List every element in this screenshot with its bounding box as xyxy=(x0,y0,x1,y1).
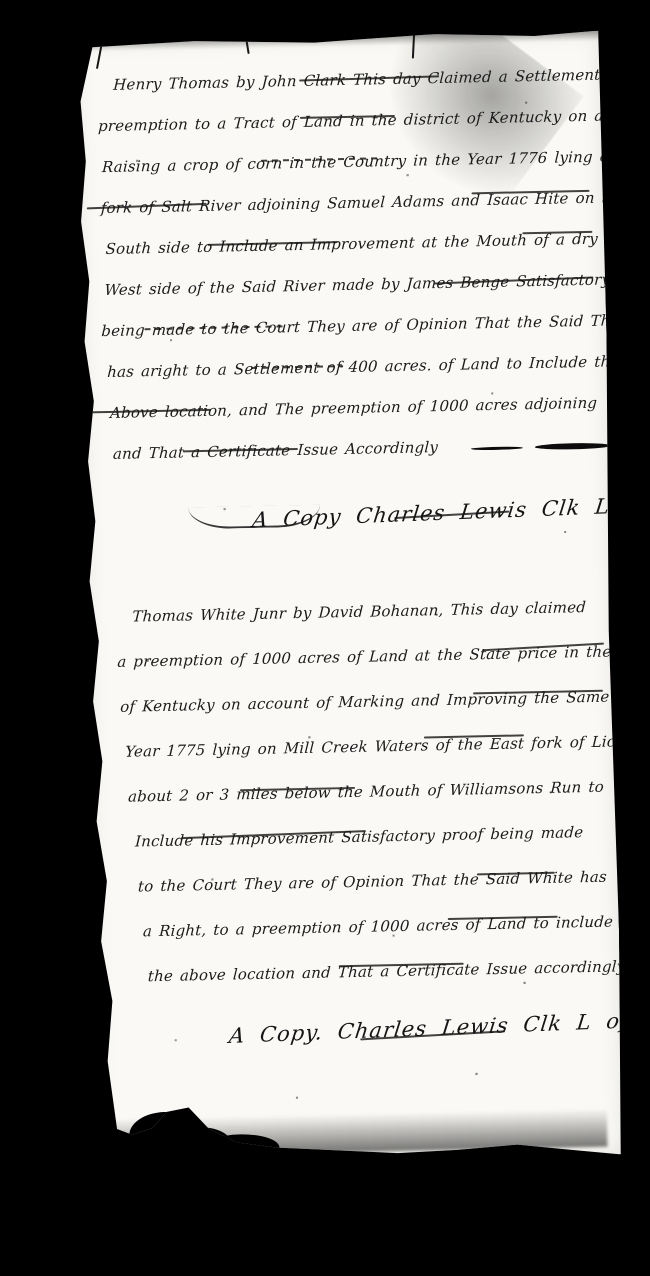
torn-bottom-edge-shading xyxy=(111,1109,608,1157)
torn-top-edge-shading xyxy=(74,29,600,52)
paper-speckles xyxy=(74,42,75,43)
record-entry-thomas-white: Thomas White Junr by David Bohanan, This… xyxy=(102,585,614,1070)
scan-shadow-blob xyxy=(129,1111,202,1158)
document-line: the above location and That a Certificat… xyxy=(147,945,613,1000)
document-page: Henry Thomas by John Clark This day Clai… xyxy=(74,31,623,1166)
scan-shadow-blob xyxy=(167,1127,232,1162)
scan-shadow-blob xyxy=(201,1134,280,1164)
clerk-signature: A Copy. Charles Lewis Clk L off xyxy=(225,994,617,1071)
record-entry-henry-thomas: Henry Thomas by John Clark This day Clai… xyxy=(91,55,603,555)
